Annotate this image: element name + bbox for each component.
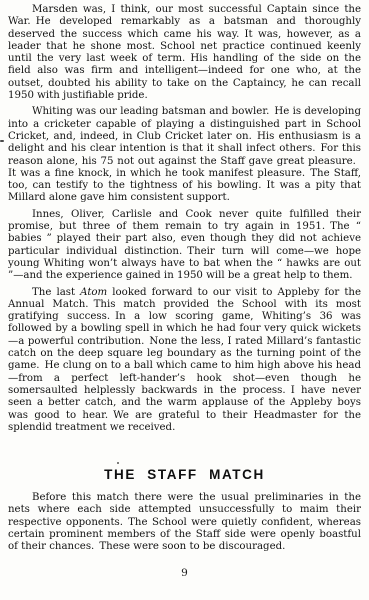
scan-speck-dash (0, 140, 4, 142)
page-number: 9 (0, 567, 369, 579)
scan-speck-dot (117, 462, 119, 464)
paragraph-whiting: Whiting was our leading batsman and bowl… (0, 106, 369, 204)
section-heading-staff-match: THE STAFF MATCH (8, 468, 361, 482)
paragraph-appleby-post: looked forward to our visit to Appleby f… (8, 287, 361, 433)
scanned-book-page: Marsden was, I think, our most successfu… (0, 0, 369, 600)
paragraph-appleby-pre: The last (32, 287, 80, 298)
paragraph-appleby-match: The last Atom looked forward to our visi… (0, 287, 369, 435)
paragraph-staff-match-intro: Before this match there were the usual p… (0, 492, 369, 553)
paragraph-marsden: Marsden was, I think, our most successfu… (0, 4, 369, 102)
paragraph-innes-oliver: Innes, Oliver, Carlisle and Cook never q… (0, 209, 369, 283)
atom-magazine-title: Atom (80, 287, 107, 298)
